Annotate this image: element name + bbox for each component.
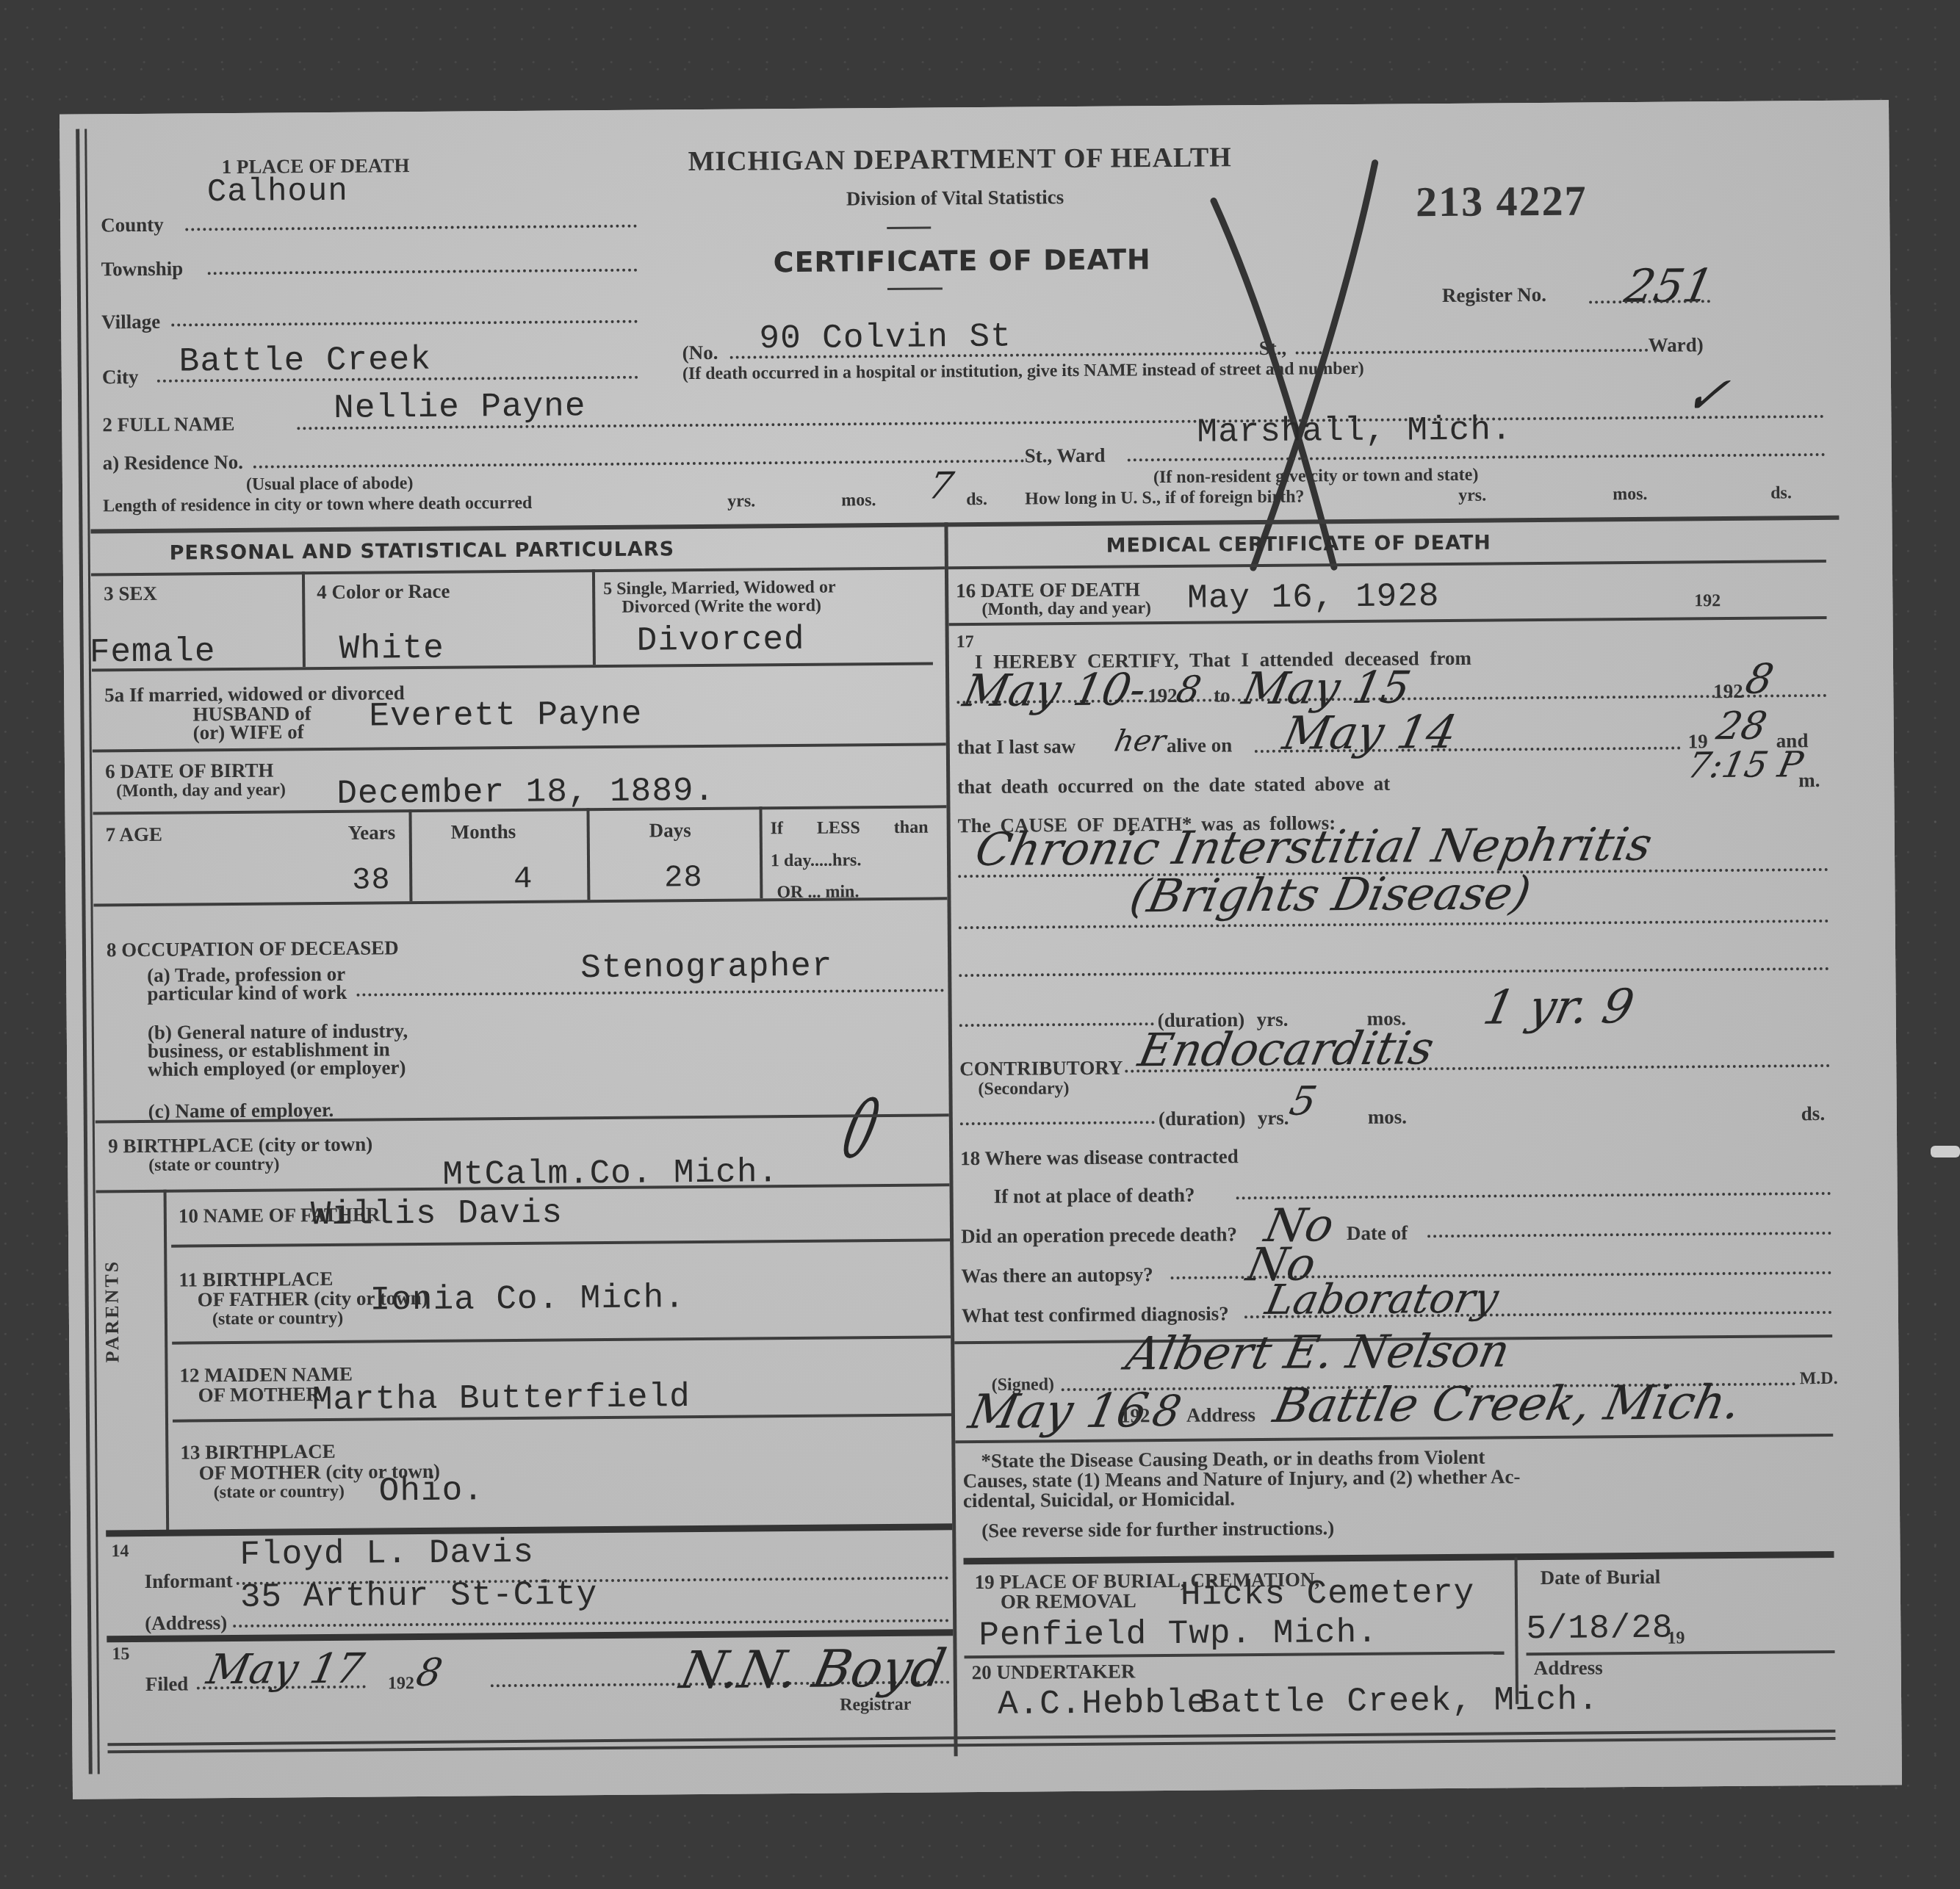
burial-date-label: Date of Burial (1541, 1567, 1661, 1588)
industry-label-3: which employed (or employer) (148, 1058, 406, 1080)
county-label: County (101, 215, 164, 236)
dob-label-2: (Month, day and year) (116, 781, 286, 800)
trade-line (356, 989, 944, 996)
spouse-value: Everett Payne (369, 698, 642, 734)
employer-mark: 0 (835, 1088, 887, 1170)
dod-label-1: 16 DATE OF DEATH (956, 579, 1140, 601)
age-months-label: Months (451, 822, 516, 842)
duration-dots-2 (960, 1121, 1155, 1125)
age-months-value: 4 (514, 864, 533, 895)
father-birthplace-value: Ionia Co. Mich. (370, 1281, 685, 1317)
contributory-value: Endocarditis (1135, 1025, 1438, 1073)
death-certificate: 1 PLACE OF DEATH Calhoun County Township… (60, 100, 1902, 1799)
last-seen-value: May 14 (1279, 709, 1460, 756)
village-line (171, 320, 638, 327)
age-years-label: Years (348, 823, 396, 843)
physician-address: Battle Creek, Mich. (1269, 1379, 1745, 1430)
duration-mos-label-2: mos. (1368, 1107, 1407, 1127)
left-border (76, 129, 93, 1774)
pronoun-value: her (1112, 726, 1169, 756)
parents-rule-1 (171, 1238, 950, 1247)
contributory-duration-yrs: 5 (1286, 1081, 1319, 1121)
autopsy-label: Was there an autopsy? (961, 1265, 1153, 1286)
marital-label-1: 5 Single, Married, Widowed or (603, 579, 836, 598)
mother-birthplace-value: Ohio. (379, 1473, 484, 1508)
dod-label-2: (Month, day and year) (981, 599, 1151, 618)
cause-dots-2 (959, 920, 1829, 929)
burial-place-line-2: Penfield Twp. Mich. (979, 1616, 1378, 1653)
row-rule-2 (93, 743, 946, 752)
year2-prefix: 192 (1713, 682, 1743, 701)
usual-abode-note: (Usual place of abode) (246, 474, 414, 494)
filed-year-suffix: 8 (413, 1654, 445, 1692)
row-rule-4 (93, 897, 947, 906)
undertaker-address: Battle Creek, Mich. (1200, 1683, 1599, 1719)
filed-number: 15 (112, 1645, 129, 1663)
full-name-label: 2 FULL NAME (102, 414, 234, 435)
year1-prefix: 192 (1147, 686, 1178, 706)
full-name-value: Nellie Payne (334, 389, 586, 425)
item-17-number: 17 (956, 633, 974, 651)
year1-suffix: 8 (1173, 671, 1204, 708)
us-yrs-label: yrs. (1458, 487, 1486, 505)
dob-label-1: 6 DATE OF BIRTH (105, 761, 274, 782)
dod-year-print: 192 (1694, 592, 1721, 610)
county-line (185, 225, 637, 231)
mother-label-2: OF MOTHER (198, 1384, 320, 1405)
operation-label: Did an operation precede death? (961, 1224, 1237, 1246)
informant-name: Floyd L. Davis (239, 1536, 534, 1572)
burial-rule (964, 1551, 1834, 1564)
physician-signature: Albert E. Nelson (1123, 1328, 1513, 1376)
mother-value: Martha Butterfield (312, 1380, 691, 1417)
register-label: Register No. (1442, 285, 1546, 306)
trade-label-2: particular kind of work (147, 983, 347, 1004)
race-value: White (339, 632, 444, 666)
q18-sub-label: If not at place of death? (994, 1185, 1195, 1207)
personal-section-title: PERSONAL AND STATISTICAL PARTICULARS (170, 539, 675, 563)
m-label: m. (1798, 770, 1820, 790)
residence-yrs-label: yrs. (727, 492, 755, 510)
father-value: Willis Davis (311, 1196, 563, 1232)
title-rule-bottom (887, 287, 943, 290)
to-label: to (1214, 685, 1231, 705)
burial-date: 5/18/28 (1526, 1611, 1673, 1647)
father-birthplace-label-3: (state or country) (212, 1310, 343, 1328)
header-divider (90, 516, 1839, 534)
physician-address-label: Address (1186, 1405, 1255, 1426)
death-time-label: that death occurred on the date stated a… (957, 774, 1390, 798)
informant-address-label: (Address) (145, 1613, 227, 1633)
footnote-line-2: Causes, state (1) Means and Nature of In… (963, 1467, 1521, 1491)
date-of-label: Date of (1347, 1223, 1408, 1243)
test-label: What test confirmed diagnosis? (962, 1304, 1229, 1326)
us-ds-label: ds. (1770, 484, 1792, 502)
spouse-label-3: (or) WIFE of (193, 722, 304, 743)
certificate-title: CERTIFICATE OF DEATH (773, 245, 1150, 276)
undertaker-address-label: Address (1534, 1658, 1603, 1678)
age-divider-1 (408, 809, 412, 901)
one-day-label: 1 day.....hrs. (771, 851, 862, 870)
duration-label-2: (duration) (1159, 1108, 1246, 1129)
township-line (208, 269, 638, 275)
length-residence-label: Length of residence in city or town wher… (103, 494, 532, 516)
race-label: 4 Color or Race (317, 582, 450, 602)
parents-divider-lower (165, 1420, 169, 1531)
residence-line (253, 460, 1025, 469)
age-days-value: 28 (664, 862, 703, 893)
filed-year-prefix: 192 (388, 1675, 414, 1692)
parents-rule-2 (172, 1335, 951, 1344)
address-no-label: (No. (682, 343, 718, 363)
st-ward-label: St., Ward (1025, 446, 1106, 466)
attended-from: May 10- (959, 668, 1150, 713)
test-value: Laboratory (1262, 1278, 1502, 1321)
signed-year-suffix: 8 (1149, 1390, 1185, 1432)
department-title: MICHIGAN DEPARTMENT OF HEALTH (688, 143, 1232, 176)
age-divider-2 (586, 808, 590, 900)
age-years-value: 38 (352, 864, 391, 895)
informant-address-line (233, 1619, 949, 1628)
cause-line-1: Chronic Interstitial Nephritis (972, 822, 1656, 873)
q18-label: 18 Where was disease contracted (960, 1146, 1239, 1169)
sex-label: 3 SEX (104, 584, 157, 604)
death-time-value: 7:15 P (1685, 747, 1806, 783)
last-saw-label: that I last saw (957, 737, 1076, 757)
age-label: 7 AGE (106, 825, 162, 845)
informant-label: Informant (145, 1571, 233, 1592)
residence-ds-label: ds. (966, 491, 987, 508)
us-mos-label: mos. (1613, 485, 1648, 503)
filed-date: May 17 (203, 1649, 367, 1691)
registrar-signature: N.N. Boyd (677, 1642, 951, 1696)
nonresident-note: (If non-resident give city or town and s… (1153, 466, 1479, 486)
undertaker-name: A.C.Hebble (998, 1686, 1208, 1722)
city-label: City (102, 367, 139, 387)
sex-race-divider (302, 571, 306, 667)
cause-duration-value: 1 yr. 9 (1480, 983, 1637, 1032)
medical-section-title: MEDICAL CERTIFICATE OF DEATH (1106, 533, 1491, 556)
birthplace-label-1: 9 BIRTHPLACE (city or town) (108, 1135, 372, 1157)
township-label: Township (101, 259, 184, 279)
burial-date-suffix: 19 (1667, 1630, 1685, 1647)
state-file-number: 213 4227 (1416, 179, 1588, 223)
title-rule-top (887, 227, 931, 229)
county-value: Calhoun (207, 176, 348, 209)
parents-side-label: PARENTS (102, 1260, 122, 1363)
date-of-line (1427, 1232, 1831, 1238)
village-label: Village (101, 312, 160, 333)
duration-yrs-label-2: yrs. (1258, 1108, 1289, 1128)
informant-address: 35 Arthur St-City (240, 1578, 598, 1614)
death-address-value: 90 Colvin St (759, 320, 1012, 356)
secondary-label: (Secondary) (978, 1080, 1069, 1098)
cause-line-2: (Brights Disease) (1126, 870, 1535, 919)
footnote-line-3: cidental, Suicidal, or Homicidal. (963, 1489, 1235, 1511)
bottom-rule-2 (108, 1737, 1836, 1753)
year3-suffix: 28 (1713, 707, 1770, 746)
race-marital-divider (592, 569, 596, 665)
how-long-us-label: How long in U. S., if of foreign birth? (1025, 488, 1304, 508)
age-divider-3 (759, 806, 763, 898)
footnote-line-4: (See reverse side for further instructio… (981, 1518, 1334, 1541)
md-label: M.D. (1800, 1370, 1838, 1387)
residence-value: Marshall, Mich. (1197, 413, 1512, 449)
residence-mos-value: 7 (926, 467, 956, 504)
birthplace-label-2: (state or country) (148, 1156, 279, 1174)
city-value: Battle Creek (179, 343, 431, 379)
informant-number: 14 (111, 1542, 129, 1560)
registrar-label: Registrar (840, 1696, 911, 1714)
cross-mark-icon (1183, 148, 1408, 575)
filed-label: Filed (145, 1675, 189, 1694)
personal-title-rule (91, 566, 945, 576)
parents-divider (164, 1190, 169, 1425)
division-title: Division of Vital Statistics (846, 187, 1064, 209)
marital-status-value: Divorced (637, 623, 805, 658)
burial-place: Hicks Cemetery (1181, 1576, 1475, 1612)
marital-label-2: Divorced (Write the word) (621, 597, 821, 616)
alive-on-label: alive on (1167, 735, 1232, 756)
burial-label-2: OR REMOVAL (1001, 1591, 1136, 1611)
less-than-label: If LESS than (771, 819, 929, 838)
occupation-label: 8 OCCUPATION OF DECEASED (107, 938, 399, 960)
residence-mos-label: mos. (841, 491, 876, 509)
duration-ds-label-2: ds. (1801, 1104, 1825, 1124)
dob-value: December 18, 1889. (336, 774, 715, 811)
signed-year-prefix: 192 (1120, 1406, 1150, 1426)
check-mark-icon: ✓ (1680, 369, 1734, 422)
residence-label: a) Residence No. (103, 452, 243, 474)
cause-dots-3 (959, 967, 1829, 977)
ward-label: Ward) (1648, 335, 1703, 355)
row-rule-1 (92, 662, 933, 671)
contributory-label: CONTRIBUTORY (959, 1058, 1123, 1079)
mother-birthplace-label-1: 13 BIRTHPLACE (180, 1442, 336, 1463)
age-days-label: Days (649, 820, 691, 840)
sex-value: Female (90, 635, 216, 669)
undertaker-label: 20 UNDERTAKER (972, 1661, 1136, 1683)
mother-birthplace-label-3: (state or country) (214, 1483, 345, 1501)
attended-to: May 15 (1239, 665, 1414, 711)
date-of-death-value: May 16, 1928 (1187, 579, 1440, 615)
occupation-value: Stenographer (580, 950, 833, 986)
scan-artifact (1931, 1146, 1960, 1157)
duration-dots-1 (959, 1022, 1154, 1027)
burial-date-rule (1527, 1650, 1835, 1655)
center-divider (944, 522, 957, 1756)
